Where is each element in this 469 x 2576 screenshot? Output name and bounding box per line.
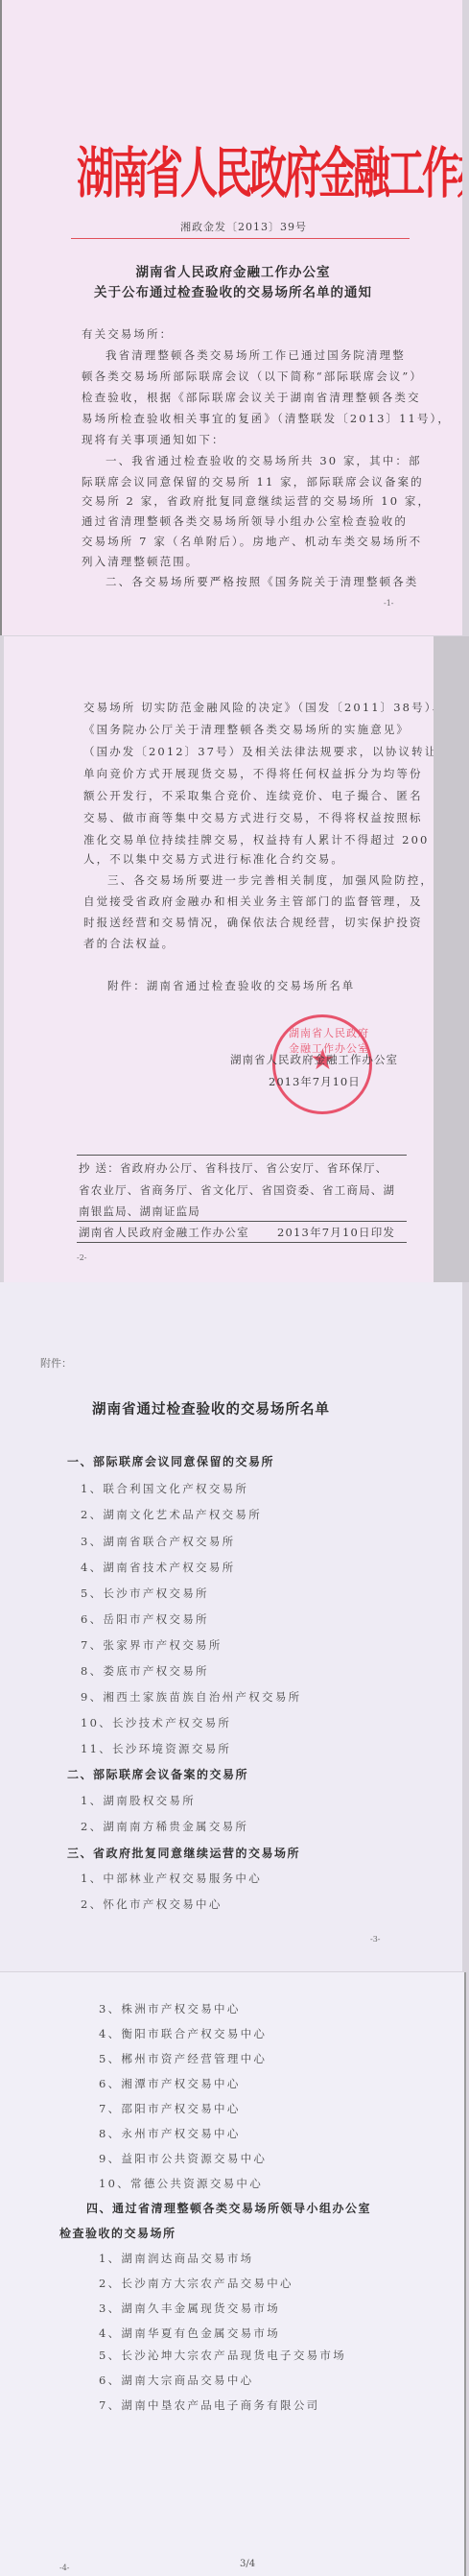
body-line: 检查验收，根据《部际联席会议关于湖南省清理整顿各类交 <box>82 390 421 405</box>
page-number: -3- <box>370 1935 381 1944</box>
list-item: 1、联合利国文化产权交易所 <box>81 1481 248 1496</box>
divider <box>77 1242 407 1243</box>
body-line: 际联席会议同意保留的交易所 11 家，部际联席会议备案的 <box>82 474 424 489</box>
attachment-reference: 附件：湖南省通过检查验收的交易场所名单 <box>107 978 355 993</box>
body-line: 单向竞价方式开展现货交易，不得将任何权益拆分为均等份 <box>83 766 423 781</box>
document-page-2: 交易场所 切实防范金融风险的决定》（国发〔2011〕38号）、 《国务院办公厅关… <box>4 636 434 1282</box>
viewer-page-indicator: 3/4 <box>240 2559 255 2569</box>
body-line: 时报送经营和交易情况，确保依法合规经营，切实保护投资 <box>83 915 423 930</box>
salutation: 有关交易场所： <box>82 326 173 342</box>
body-line: 《国务院办公厅关于清理整顿各类交易场所的实施意见》 <box>83 722 410 737</box>
section-heading: 三、省政府批复同意继续运营的交易场所 <box>67 1845 300 1861</box>
body-line: 易场所检查验收相关事宜的复函》（清整联发〔2013〕11号）， <box>82 411 451 426</box>
page-number: -4- <box>59 2564 70 2572</box>
body-line: 一、我省通过检查验收的交易场所共 30 家，其中：部 <box>106 453 422 468</box>
list-title: 湖南省通过检查验收的交易场所名单 <box>92 1398 330 1419</box>
list-item: 4、湖南华夏有色金属交易市场 <box>99 2326 280 2341</box>
cc-line: 省农业厅、省商务厅、省文化厅、省国资委、省工商局、湖 <box>79 1182 395 1198</box>
divider <box>77 1155 407 1156</box>
list-item: 6、岳阳市产权交易所 <box>81 1611 209 1627</box>
list-item: 4、湖南省技术产权交易所 <box>81 1560 235 1575</box>
body-line: 列入清理整顿范围。 <box>82 554 199 569</box>
body-line: 自觉接受省政府金融办和相关业务主管部门的监督管理，及 <box>83 894 423 909</box>
list-item: 7、湖南中垦农产品电子商务有限公司 <box>99 2397 319 2413</box>
issue-date: 2013年7月10日印发 <box>277 1225 395 1240</box>
list-item: 3、湖南久丰金属现货交易市场 <box>99 2301 280 2316</box>
list-item: 6、湘潭市产权交易中心 <box>99 2076 241 2091</box>
list-item: 1、中部林业产权交易服务中心 <box>81 1871 262 1886</box>
list-item: 10、长沙技术产权交易所 <box>81 1715 231 1730</box>
red-divider <box>71 238 410 239</box>
body-line: 交易、做市商等集中交易方式进行交易，不得将权益按照标 <box>83 810 423 825</box>
body-line: 交易场所 7 家（名单附后）。房地产、机动车类交易场所不 <box>82 534 422 549</box>
page-number: -1- <box>384 599 394 608</box>
section-heading-continued: 检查验收的交易场所 <box>59 2225 176 2241</box>
red-header-title: 湖南省人民政府金融工作办公室文件 <box>77 131 462 208</box>
body-line: 我省清理整顿各类交易场所工作已通过国务院清理整 <box>106 347 406 363</box>
list-item: 8、娄底市产权交易所 <box>81 1663 209 1679</box>
list-item: 1、湖南股权交易所 <box>81 1793 196 1808</box>
body-line: （国办发〔2012〕37号）及相关法律法规要求，以协议转让、 <box>83 744 434 759</box>
list-item: 2、湖南南方稀贵金属交易所 <box>81 1819 248 1834</box>
list-item: 6、湖南大宗商品交易中心 <box>99 2373 253 2388</box>
issuer: 湖南省人民政府金融工作办公室 <box>79 1225 249 1240</box>
document-page-4: 3、株洲市产权交易中心 4、衡阳市联合产权交易中心 5、郴州市资产经营管理中心 … <box>0 1972 466 2576</box>
document-number: 湘政金发〔2013〕39号 <box>180 219 307 234</box>
document-page-1: 湖南省人民政府金融工作办公室文件 湘政金发〔2013〕39号 湖南省人民政府金融… <box>0 0 462 635</box>
section-heading: 四、通过省清理整顿各类交易场所领导小组办公室 <box>86 2200 371 2216</box>
list-item: 7、邵阳市产权交易中心 <box>99 2101 241 2116</box>
list-item: 3、湖南省联合产权交易所 <box>81 1534 235 1549</box>
body-line: 额公开发行，不采取集合竞价、连续竞价、电子撮合、匿名 <box>83 788 423 803</box>
list-item: 8、永州市产权交易中心 <box>99 2126 241 2141</box>
list-item: 5、长沙沁坤大宗农产品现货电子交易市场 <box>99 2348 346 2363</box>
list-item: 3、株洲市产权交易中心 <box>99 2001 241 2016</box>
list-item: 2、长沙南方大宗农产品交易中心 <box>99 2276 293 2291</box>
list-item: 9、湘西土家族苗族自治州产权交易所 <box>81 1689 301 1705</box>
divider <box>77 1221 407 1222</box>
list-item: 2、湖南文化艺术品产权交易所 <box>81 1507 262 1522</box>
cc-line: 南银监局、湖南证监局 <box>79 1204 200 1219</box>
document-page-3: 附件： 湖南省通过检查验收的交易场所名单 一、部际联席会议同意保留的交易所 1、… <box>0 1282 462 1971</box>
body-line: 现将有关事项通知如下： <box>82 432 225 447</box>
list-item: 5、郴州市资产经营管理中心 <box>99 2051 267 2066</box>
body-line: 人，不以集中交易方式进行标准化合约交易。 <box>83 851 344 867</box>
section-heading: 二、部际联席会议备案的交易所 <box>67 1766 248 1782</box>
body-line: 通过省清理整顿各类交易场所领导小组办公室检查验收的 <box>82 513 408 529</box>
page-number: -2- <box>77 1253 87 1262</box>
section-heading: 一、部际联席会议同意保留的交易所 <box>67 1453 274 1469</box>
list-item: 2、怀化市产权交易中心 <box>81 1896 223 1912</box>
signature-date: 2013年7月10日 <box>269 1074 361 1089</box>
body-line: 交易场所 切实防范金融风险的决定》（国发〔2011〕38号）、 <box>83 700 434 715</box>
notice-title-line-2: 关于公布通过检查验收的交易场所名单的通知 <box>2 281 462 300</box>
list-item: 11、长沙环境资源交易所 <box>81 1741 231 1756</box>
attachment-label: 附件： <box>40 1355 72 1371</box>
body-line: 者的合法权益。 <box>83 936 175 951</box>
list-item: 7、张家界市产权交易所 <box>81 1637 223 1653</box>
list-item: 1、湖南润达商品交易市场 <box>99 2251 253 2266</box>
body-line: 三、各交易场所要进一步完善相关制度，加强风险防控， <box>107 872 434 888</box>
body-line: 交易所 2 家，省政府批复同意继续运营的交易场所 10 家， <box>82 493 431 509</box>
body-line: 准化交易单位持续挂牌交易，权益持有人累计不得超过 200 <box>83 832 429 847</box>
list-item: 9、益阳市公共资源交易中心 <box>99 2151 267 2166</box>
body-line: 顿各类交易场所部际联席会议（以下简称“部际联席会议”） <box>82 369 423 384</box>
cc-line: 抄 送：省政府办公厅、省科技厅、省公安厅、省环保厅、 <box>79 1160 387 1176</box>
list-item: 10、常德公共资源交易中心 <box>99 2176 263 2191</box>
page-shadow <box>434 636 469 1282</box>
notice-title-line-1: 湖南省人民政府金融工作办公室 <box>2 261 462 280</box>
signature-organization: 湖南省人民政府金融工作办公室 <box>230 1052 398 1067</box>
body-line: 二、各交易场所要严格按照《国务院关于清理整顿各类 <box>106 574 418 589</box>
list-item: 5、长沙市产权交易所 <box>81 1586 209 1601</box>
list-item: 4、衡阳市联合产权交易中心 <box>99 2026 267 2041</box>
